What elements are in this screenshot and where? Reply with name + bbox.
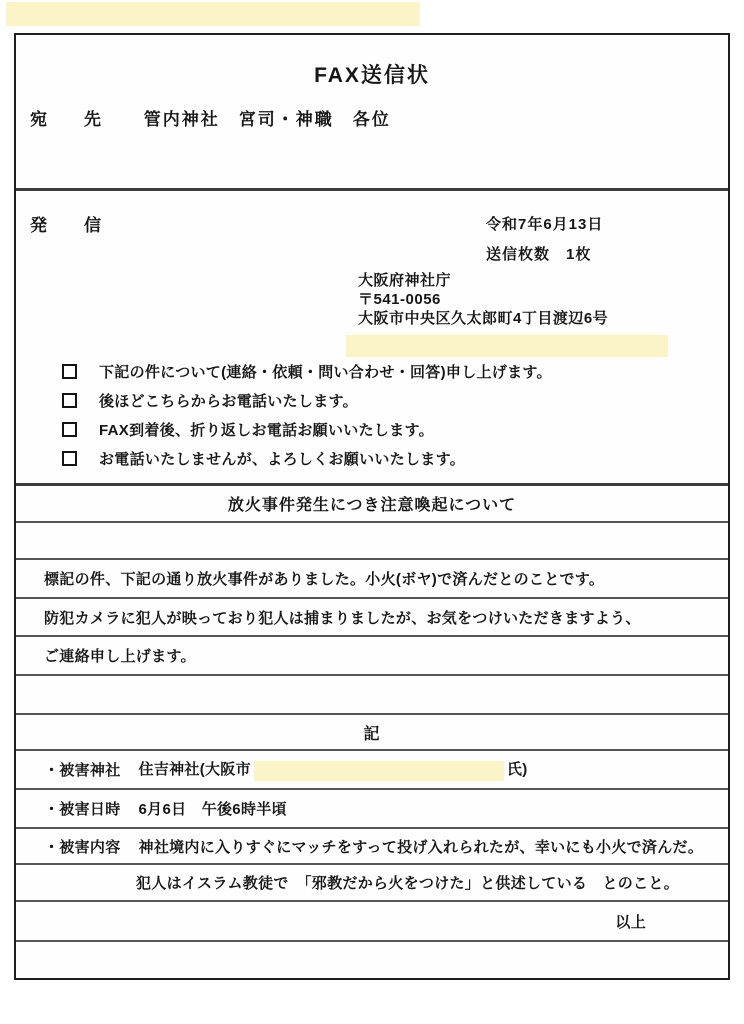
subject-text: 放火事件発生につき注意喚起について <box>228 492 516 515</box>
checkbox-label: FAX到着後、折り返しお電話お願いいたします。 <box>99 419 434 440</box>
record-marker: 記 <box>363 721 380 744</box>
checkbox-label: 下記の件について(連絡・依頼・問い合わせ・回答)申し上げます。 <box>99 361 552 382</box>
detail-label: ・被害内容 <box>44 836 121 857</box>
page-title: FAX送信状 <box>16 59 728 89</box>
record-marker-row: 記 <box>16 713 728 749</box>
closing-text: 以上 <box>615 911 646 932</box>
sender-address-block: 大阪府神社庁 〒541-0056 大阪市中央区久太郎町4丁目渡辺6号 <box>358 271 608 328</box>
fax-document-page: FAX送信状 宛 先 管内神社 宮司・神職 各位 発 信 令和7年6月13日 送… <box>0 0 744 1024</box>
detail-label: ・被害日時 <box>44 798 121 819</box>
checkbox-row-no-call: お電話いたしませんが、よろしくお願いいたします。 <box>62 444 552 473</box>
checkbox-label: 後ほどこちらからお電話いたします。 <box>99 390 358 411</box>
sender-page-count: 送信枚数 1枚 <box>486 243 591 264</box>
purpose-checkbox-list: 下記の件について(連絡・依頼・問い合わせ・回答)申し上げます。 後ほどこちらから… <box>62 357 552 473</box>
sender-postal-code: 〒541-0056 <box>358 290 608 309</box>
subject-row: 放火事件発生につき注意喚起について <box>16 483 728 521</box>
empty-row <box>16 521 728 558</box>
sender-org: 大阪府神社庁 <box>358 271 608 290</box>
detail-label: ・被害神社 <box>44 759 121 780</box>
checkbox-row-call-back: FAX到着後、折り返しお電話お願いいたします。 <box>62 415 552 444</box>
recipient-value: 管内神社 宮司・神職 各位 <box>144 110 391 129</box>
detail-row-shrine: ・被害神社 住吉神社(大阪市氏) <box>16 749 728 788</box>
checkbox-row-call-later: 後ほどこちらからお電話いたします。 <box>62 386 552 415</box>
recipient-label: 宛 先 <box>30 110 111 129</box>
body-row: 標記の件、下記の通り放火事件がありました。小火(ボヤ)で済んだとのことです。 <box>16 558 728 597</box>
detail-value-suffix: 氏) <box>507 761 528 778</box>
sender-address: 大阪市中央区久太郎町4丁目渡辺6号 <box>358 309 608 328</box>
checkbox[interactable] <box>62 393 77 408</box>
body-text: ご連絡申し上げます。 <box>44 645 196 666</box>
detail-value: 6月6日 午後6時半頃 <box>139 798 287 819</box>
header-section: FAX送信状 宛 先 管内神社 宮司・神職 各位 <box>16 35 728 188</box>
checkbox-label: お電話いたしませんが、よろしくお願いいたします。 <box>99 448 465 469</box>
detail-row-description: ・被害内容 神社境内に入りすぐにマッチをすって投げ入れられたが、幸いにも小火で済… <box>16 827 728 863</box>
checkbox[interactable] <box>62 451 77 466</box>
sender-label: 発 信 <box>30 211 111 236</box>
detail-value: 犯人はイスラム教徒で 「邪教だから火をつけた」と供述している とのこと。 <box>136 872 679 893</box>
detail-value: 神社境内に入りすぐにマッチをすって投げ入れられたが、幸いにも小火で済んだ。 <box>139 836 704 857</box>
redaction-highlight-top <box>6 2 420 26</box>
redaction-highlight-name <box>254 761 504 781</box>
detail-row-datetime: ・被害日時 6月6日 午後6時半頃 <box>16 788 728 827</box>
checkbox-row-notify: 下記の件について(連絡・依頼・問い合わせ・回答)申し上げます。 <box>62 357 552 386</box>
body-row: ご連絡申し上げます。 <box>16 635 728 674</box>
sender-date: 令和7年6月13日 <box>486 213 603 234</box>
detail-value: 住吉神社(大阪市氏) <box>139 758 528 780</box>
checkbox[interactable] <box>62 364 77 379</box>
recipient-row: 宛 先 管内神社 宮司・神職 各位 <box>30 105 391 130</box>
redaction-highlight-sender <box>346 335 668 357</box>
empty-row <box>16 940 728 978</box>
detail-row-description-cont: 犯人はイスラム教徒で 「邪教だから火をつけた」と供述している とのこと。 <box>16 863 728 900</box>
checkbox[interactable] <box>62 422 77 437</box>
body-row: 防犯カメラに犯人が映っており犯人は捕まりましたが、お気をつけいただきますよう、 <box>16 597 728 635</box>
detail-value-prefix: 住吉神社(大阪市 <box>139 761 251 778</box>
closing-row: 以上 <box>16 900 728 940</box>
body-text: 防犯カメラに犯人が映っており犯人は捕まりましたが、お気をつけいただきますよう、 <box>44 607 641 628</box>
sender-section: 発 信 令和7年6月13日 送信枚数 1枚 大阪府神社庁 〒541-0056 大… <box>16 188 728 483</box>
empty-row <box>16 674 728 713</box>
fax-sheet-frame: FAX送信状 宛 先 管内神社 宮司・神職 各位 発 信 令和7年6月13日 送… <box>14 33 730 980</box>
body-text: 標記の件、下記の通り放火事件がありました。小火(ボヤ)で済んだとのことです。 <box>44 568 604 589</box>
